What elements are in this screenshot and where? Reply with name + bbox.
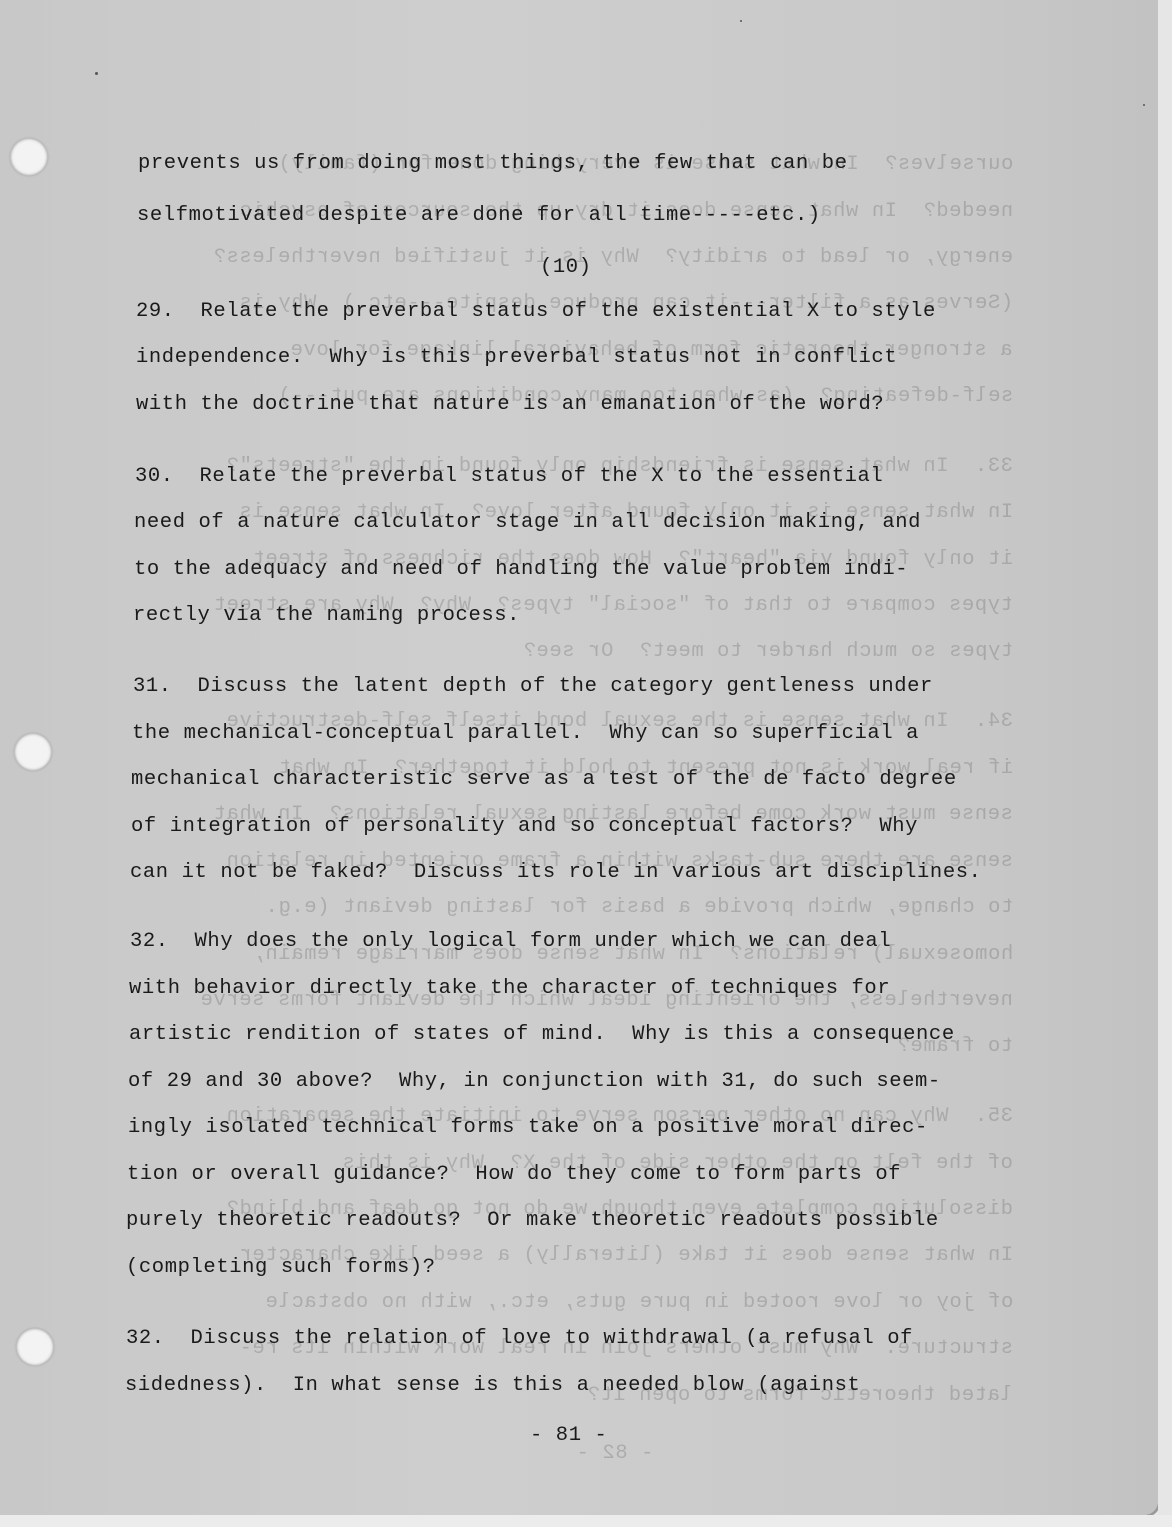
punch-hole-bottom [16, 1328, 54, 1366]
question-line: (completing such forms)? [126, 1256, 436, 1279]
question-line: can it not be faked? Discuss its role in… [130, 861, 982, 884]
intro-line: prevents us from doing most things, the … [138, 152, 848, 175]
page-number: - 81 - [530, 1424, 607, 1447]
question-line: independence. Why is this preverbal stat… [136, 346, 897, 369]
question-line: ingly isolated technical forms take on a… [128, 1116, 928, 1139]
punch-hole-middle [14, 733, 52, 771]
intro-line: selfmotivated despite are done for all t… [137, 204, 821, 227]
question-line: the mechanical-conceptual parallel. Why … [132, 722, 919, 745]
question-line: mechanical characteristic serve as a tes… [131, 768, 957, 791]
show-through-line: of joy or love rooted in pure guts, etc.… [265, 1291, 1013, 1314]
question-line: with behavior directly take the characte… [129, 977, 890, 1000]
question-line: of 29 and 30 above? Why, in conjunction … [128, 1070, 941, 1093]
question-line: to the adequacy and need of handling the… [134, 558, 908, 581]
show-through-line: energy, or lead to aridity? Why is it ju… [213, 246, 1013, 269]
question-line: purely theoretic readouts? Or make theor… [126, 1209, 939, 1232]
scanned-page: ourselves? In what sense is everything d… [0, 0, 1158, 1515]
show-through-line: to change, which provide a basis for las… [265, 896, 1013, 919]
punch-hole-top [10, 138, 48, 176]
question-line: need of a nature calculator stage in all… [134, 511, 921, 534]
question-line: rectly via the naming process. [133, 604, 520, 627]
question-line: tion or overall guidance? How do they co… [127, 1163, 901, 1186]
show-through-layer: ourselves? In what sense is everything d… [128, 0, 1013, 1527]
section-marker: (10) [540, 256, 592, 279]
question-line: with the doctrine that nature is an eman… [136, 393, 884, 416]
question-line: 30. Relate the preverbal status of the X… [135, 465, 883, 488]
question-line: 32. Why does the only logical form under… [130, 930, 891, 953]
question-line: 31. Discuss the latent depth of the cate… [133, 675, 933, 698]
question-line: 29. Relate the preverbal status of the e… [136, 300, 936, 323]
question-line: 32. Discuss the relation of love to with… [126, 1327, 913, 1350]
question-line: sidedness). In what sense is this a need… [125, 1374, 860, 1397]
page-bottom-edge [0, 1515, 1172, 1527]
show-through-line: types so much harder to meet? Or see? [523, 640, 1013, 663]
question-line: artistic rendition of states of mind. Wh… [129, 1023, 955, 1046]
paper-speck [95, 72, 98, 75]
page-edge [1158, 0, 1172, 1527]
paper-speck [1143, 104, 1145, 106]
question-line: of integration of personality and so con… [131, 815, 918, 838]
